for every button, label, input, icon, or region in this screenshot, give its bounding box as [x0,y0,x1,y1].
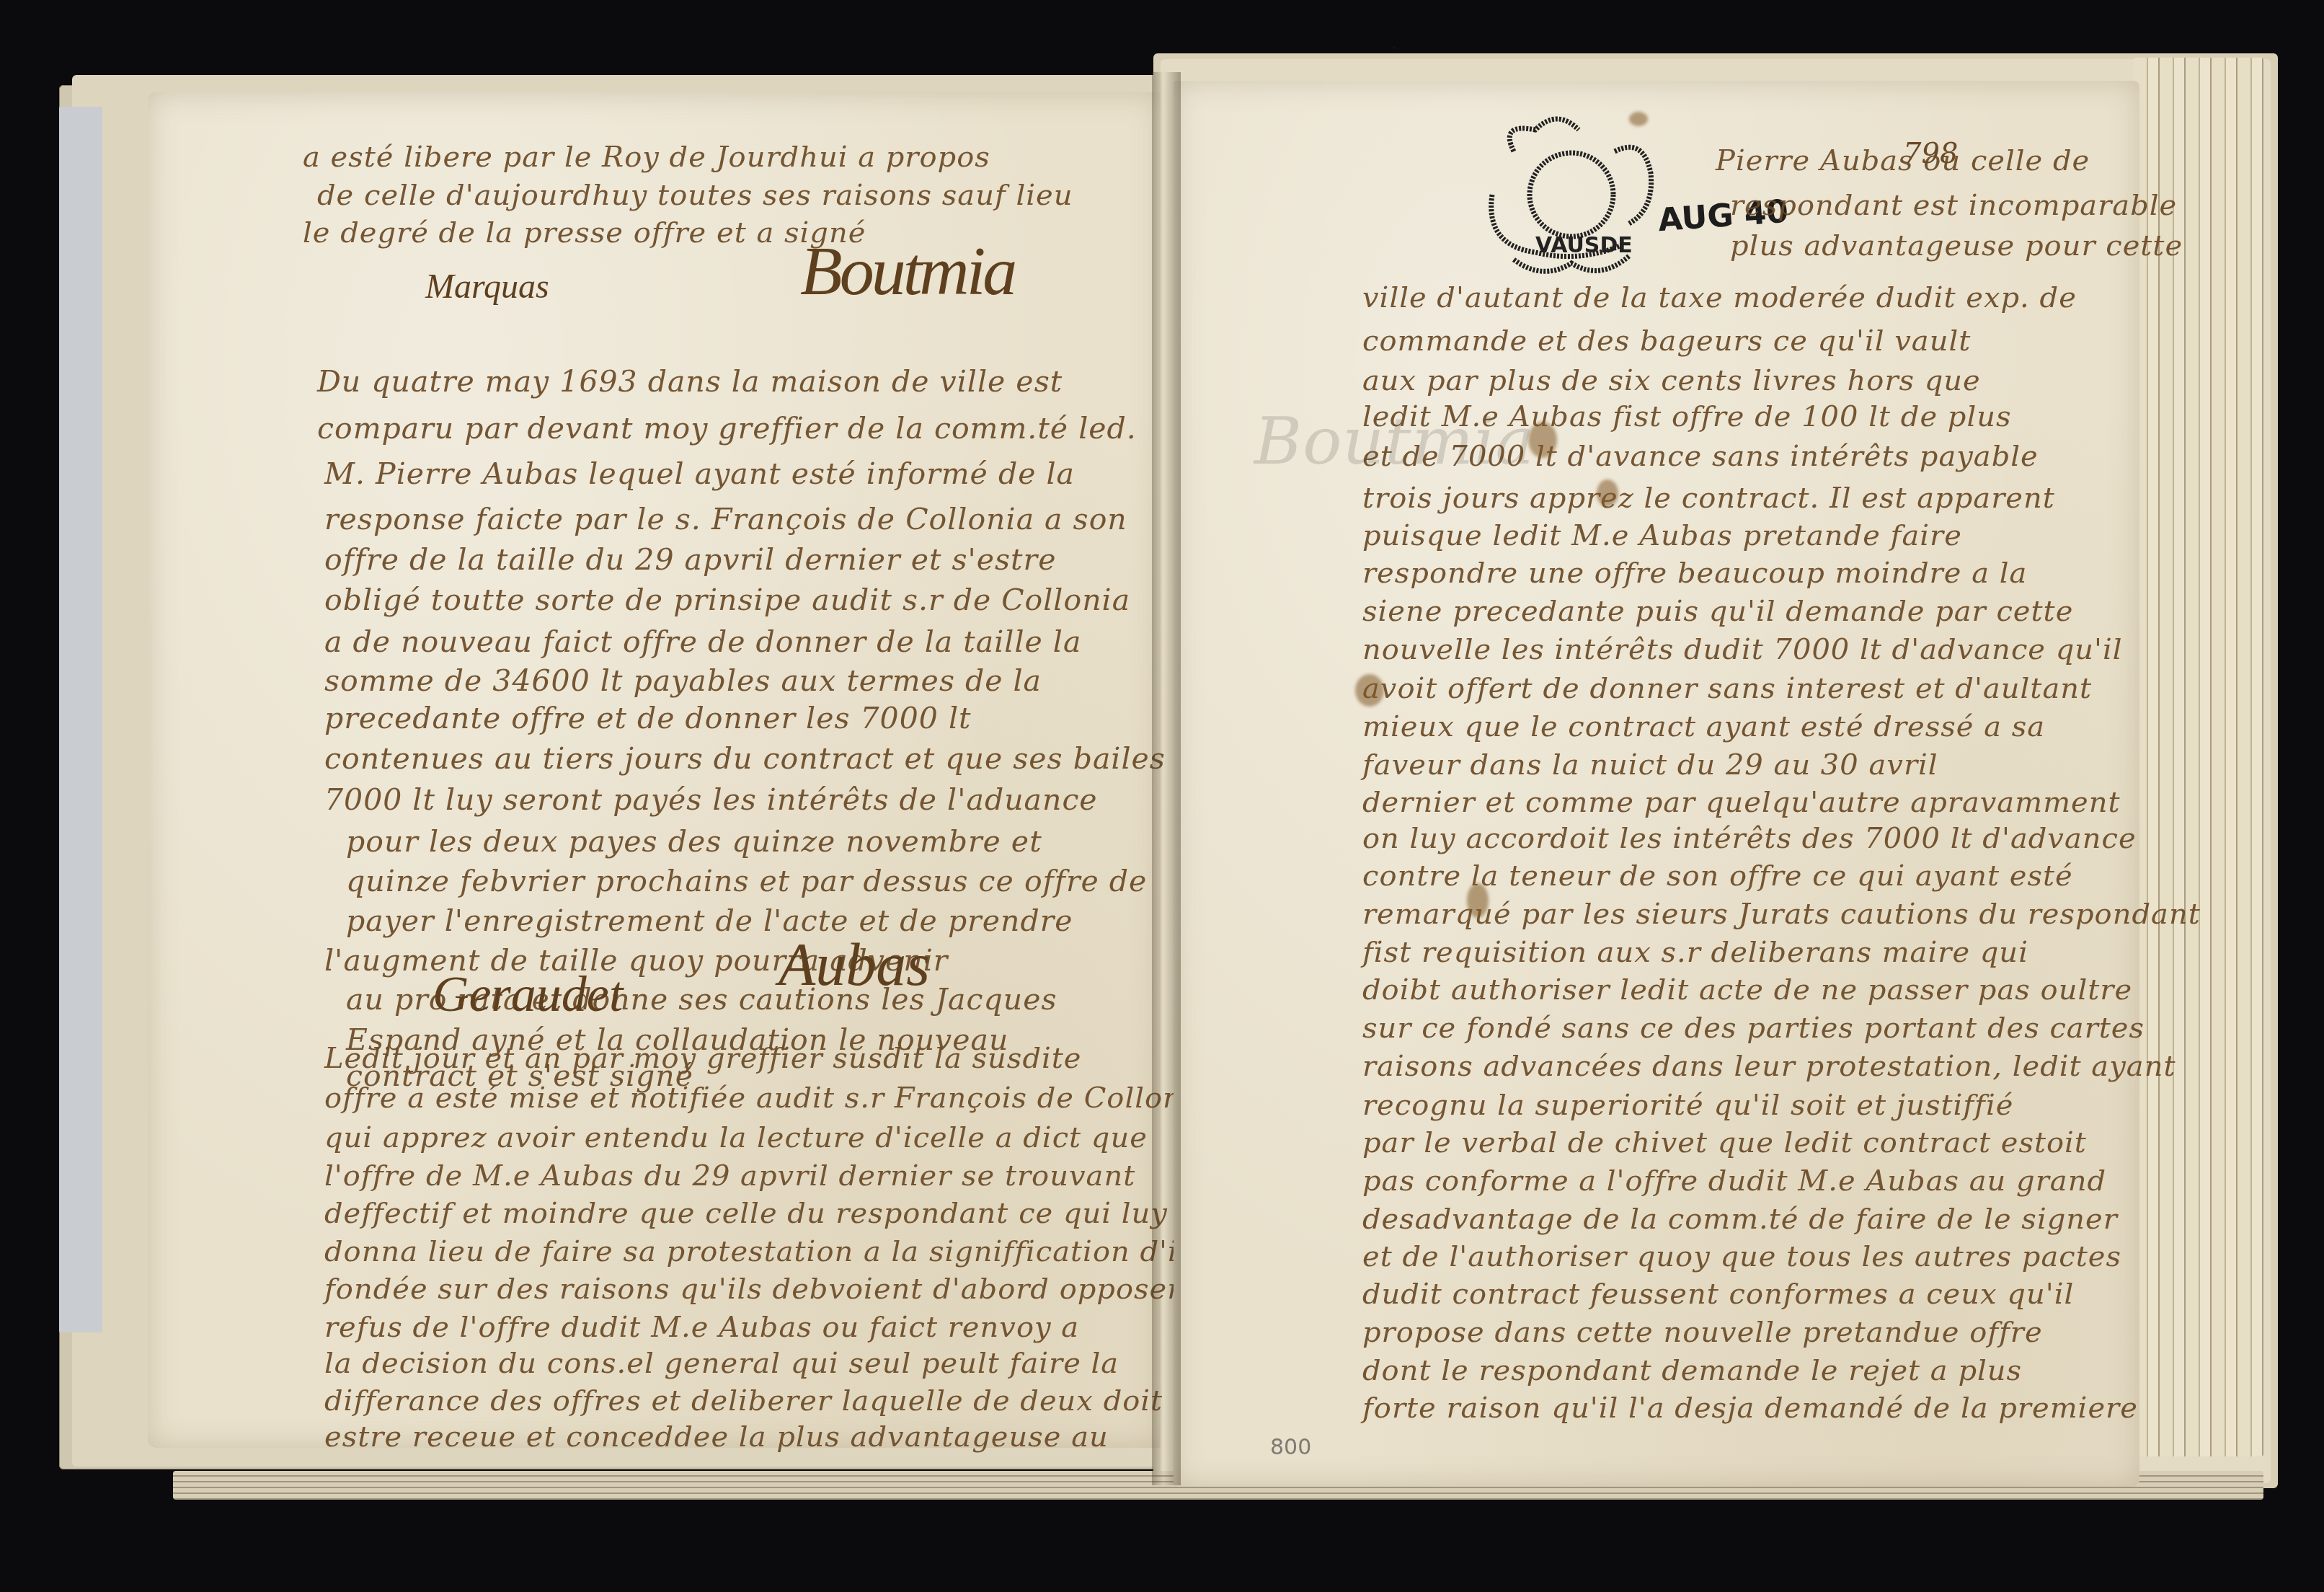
signature-boutmia: Boutmia [800,231,1014,311]
text-line: nouvelle les intérêts dudit 7000 lt d'ad… [1362,633,2123,666]
text-line: pour les deux payes des quinze novembre … [346,824,1042,859]
text-line: offre de la taille du 29 apvril dernier … [324,542,1056,577]
text-line: dudit contract feussent conformes a ceux… [1362,1278,2074,1311]
text-line: puisque ledit M.e Aubas pretande faire [1362,519,1962,552]
text-line: pas conforme a l'offre dudit M.e Aubas a… [1362,1164,2106,1198]
signature-aubas: Aubas [779,930,930,1000]
text-line: comparu par devant moy greffier de la co… [317,411,1137,446]
text-line: respondre une offre beaucoup moindre a l… [1362,557,2027,590]
text-line: raisons advancées dans leur protestation… [1362,1050,2176,1083]
right-page-edges [2134,58,2263,1456]
text-line: Du quatre may 1693 dans la maison de vil… [317,364,1063,399]
blue-paper-slip [59,107,102,1332]
text-line: obligé toutte sorte de prinsipe audit s.… [324,583,1130,617]
text-line: M. Pierre Aubas lequel ayant esté inform… [324,456,1075,491]
text-line: ville d'autant de la taxe moderée dudit … [1362,281,2077,314]
text-line: a esté libere par le Roy de Jourdhui a p… [303,141,990,174]
text-line: payer l'enregistrement de l'acte et de p… [346,903,1073,938]
text-line: aux par plus de six cents livres hors qu… [1362,364,1981,397]
ink-stain [1597,479,1618,507]
text-line: sur ce fondé sans ce des parties portant… [1362,1012,2145,1045]
text-line: deffectif et moindre que celle du respon… [324,1197,1168,1230]
text-line: somme de 34600 lt payables aux termes de… [324,663,1042,698]
text-line: propose dans cette nouvelle pretandue of… [1362,1316,2043,1349]
text-line: mieux que le contract ayant esté dressé … [1362,710,2045,743]
text-line: dont le respondant demande le rejet a pl… [1362,1354,2022,1387]
signature-geraudet: Geraudet [433,966,623,1024]
text-line: faveur dans la nuict du 29 au 30 avril [1362,748,1938,782]
text-line: commande et des bageurs ce qu'il vault [1362,324,1971,358]
pencil-number: 800 [1270,1435,1311,1460]
text-line: recognu la superiorité qu'il soit et jus… [1362,1089,2013,1122]
text-line: differance des offres et deliberer laque… [324,1384,1163,1418]
text-line: quinze febvrier prochains et par dessus … [346,864,1147,898]
text-line: plus advantageuse pour cette [1730,229,2183,262]
text-line: contenues au tiers jours du contract et … [324,741,1166,776]
signature-marquas: Marquas [425,267,549,306]
text-line: et de l'authoriser quoy que tous les aut… [1362,1240,2121,1273]
text-line: refus de l'offre dudit M.e Aubas ou faic… [324,1311,1079,1344]
text-line: fondée sur des raisons qu'ils debvoient … [324,1273,1220,1306]
tax-stamp-icon: VAUSDE [1471,108,1687,281]
text-line: ledit M.e Aubas fist offre de 100 lt de … [1362,400,2011,433]
text-line: dernier et comme par quelqu'autre aprava… [1362,786,2121,819]
text-line: et de 7000 lt d'avance sans intérêts pay… [1362,440,2039,473]
text-line: le degré de la presse offre et a signé [303,216,866,249]
text-line: Ledit jour et an par moy greffier susdit… [324,1042,1082,1075]
ink-stain [1355,674,1384,707]
text-line: respondant est incomparable [1730,189,2177,222]
text-line: estre receue et conceddee la plus advant… [324,1420,1109,1454]
text-line: response faicte par le s. François de Co… [324,502,1127,536]
text-line: fist requisition aux s.r deliberans mair… [1362,936,2028,969]
text-line: forte raison qu'il l'a desja demandé de … [1362,1392,2138,1425]
text-line: la decision du cons.el general qui seul … [324,1347,1119,1380]
text-line: offre a esté mise et notifiée audit s.r … [324,1082,1210,1115]
text-line: donna lieu de faire sa protestation a la… [324,1235,1250,1268]
text-line: siene precedante puis qu'il demande par … [1362,595,2073,628]
ink-stain [1629,112,1648,126]
text-line: contre la teneur de son offre ce qui aya… [1362,859,2073,893]
text-line: trois jours apprez le contract. Il est a… [1362,482,2055,515]
svg-text:VAUSDE: VAUSDE [1535,233,1633,258]
text-line: l'offre de M.e Aubas du 29 apvril dernie… [324,1159,1135,1193]
text-line: par le verbal de chivet que ledit contra… [1362,1126,2087,1159]
text-line: precedante offre et de donner les 7000 l… [324,701,972,735]
text-line: de celle d'aujourdhuy toutes ses raisons… [317,179,1073,212]
text-line: desadvantage de la comm.té de faire de l… [1362,1203,2118,1236]
text-line: a de nouveau faict offre de donner de la… [324,624,1081,659]
text-line: Pierre Aubas ou celle de [1716,144,2090,177]
book-gutter [1152,72,1181,1485]
text-line: avoit offert de donner sans interest et … [1362,672,2092,705]
text-line: on luy accordoit les intérêts des 7000 l… [1362,822,2137,855]
text-line: qui apprez avoir entendu la lecture d'ic… [324,1121,1148,1154]
text-line: 7000 lt luy seront payés les intérêts de… [324,782,1098,817]
ink-stain [1467,883,1489,918]
text-line: doibt authoriser ledit acte de ne passer… [1362,973,2132,1007]
ink-stain [1528,422,1557,458]
